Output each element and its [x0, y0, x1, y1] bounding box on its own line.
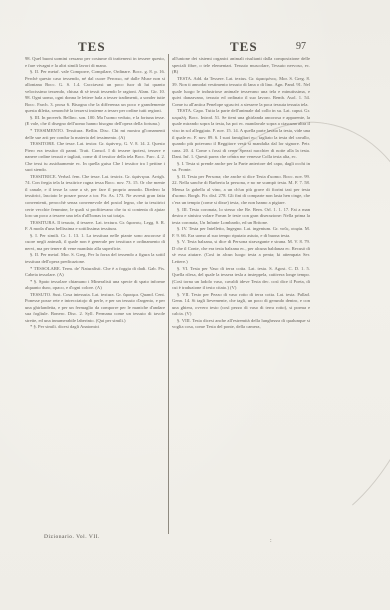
- entry-paragraph: TESSITRICE. Verbal. fem. Che tesse. Lat.…: [25, 174, 165, 220]
- entry-paragraph: 98. Quel buoni uomini cessano per costum…: [25, 56, 165, 69]
- entry-paragraph: TESSITURA. Il tessuto, il tessere. Lat. …: [25, 220, 165, 233]
- right-column: all'unione dei sistemi organici animali …: [172, 56, 310, 331]
- entry-paragraph: * §. Per simili. dicesi dagli Anatomici: [25, 324, 165, 331]
- entry-paragraph: §. VII. Testo per Pezzo di vaso rotto di…: [172, 292, 310, 318]
- running-head-right: TES: [230, 39, 258, 55]
- entry-paragraph: §. I. Testa si prende anche per la Parte…: [172, 161, 310, 174]
- entry-paragraph: §. V. Testa balzana, si dice di Persona …: [172, 239, 310, 265]
- left-column: 98. Quel buoni uomini cessano per costum…: [25, 56, 165, 331]
- entry-paragraph: §. II. Per metaf. vale Comporre, Compila…: [25, 69, 165, 115]
- entry-paragraph: TESTA. Add. da Tessere. Lat. textus. Gr.…: [172, 76, 310, 109]
- entry-paragraph: §. I. Per simili. Cr. 1. 13. 1. La tessi…: [25, 233, 165, 253]
- entry-paragraph: TESTA. Capo. Tutta la parte dell'animale…: [172, 108, 310, 160]
- entry-paragraph: * §. Spato tessolare chiamano i Minerali…: [25, 279, 165, 292]
- entry-paragraph: §. III. In proverb. Bellinc. son. 100. M…: [25, 115, 165, 128]
- signature-mark: :: [270, 538, 272, 544]
- volume-footer: Dizionario. Vol. VII.: [44, 534, 100, 540]
- entry-paragraph: §. III. Testa coronata, lo stesso che Re…: [172, 207, 310, 227]
- entry-paragraph: §. II. Per metaf. Mor. S. Greg. Per la f…: [25, 252, 165, 265]
- entry-paragraph: TESSITORE. Che tesse. Lat. textor. Gr. ὑ…: [25, 141, 165, 174]
- entry-paragraph: TESSUTO. Sust. Cosa intessuta. Lat. text…: [25, 292, 165, 325]
- entry-paragraph: §. VIII. Testa dicesi anche all'estremit…: [172, 318, 310, 331]
- entry-paragraph: §. II. Testa per Persona; che anche si d…: [172, 174, 310, 207]
- running-head-left: TES: [78, 39, 106, 55]
- entry-paragraph: * TESSOLARE. Term. de' Naturalisti. Che …: [25, 266, 165, 279]
- page-number: 97: [296, 41, 306, 52]
- entry-paragraph: all'unione dei sistemi organici animali …: [172, 56, 310, 76]
- entry-paragraph: §. IV. Testa per Intelletto, Ingegno. La…: [172, 226, 310, 239]
- entry-paragraph: * TESSIMENTO. Tessitura. Bellin. Disc. C…: [25, 128, 165, 141]
- column-divider: [168, 54, 169, 534]
- entry-paragraph: §. VI. Testa per Vaso di terra cotta. La…: [172, 266, 310, 292]
